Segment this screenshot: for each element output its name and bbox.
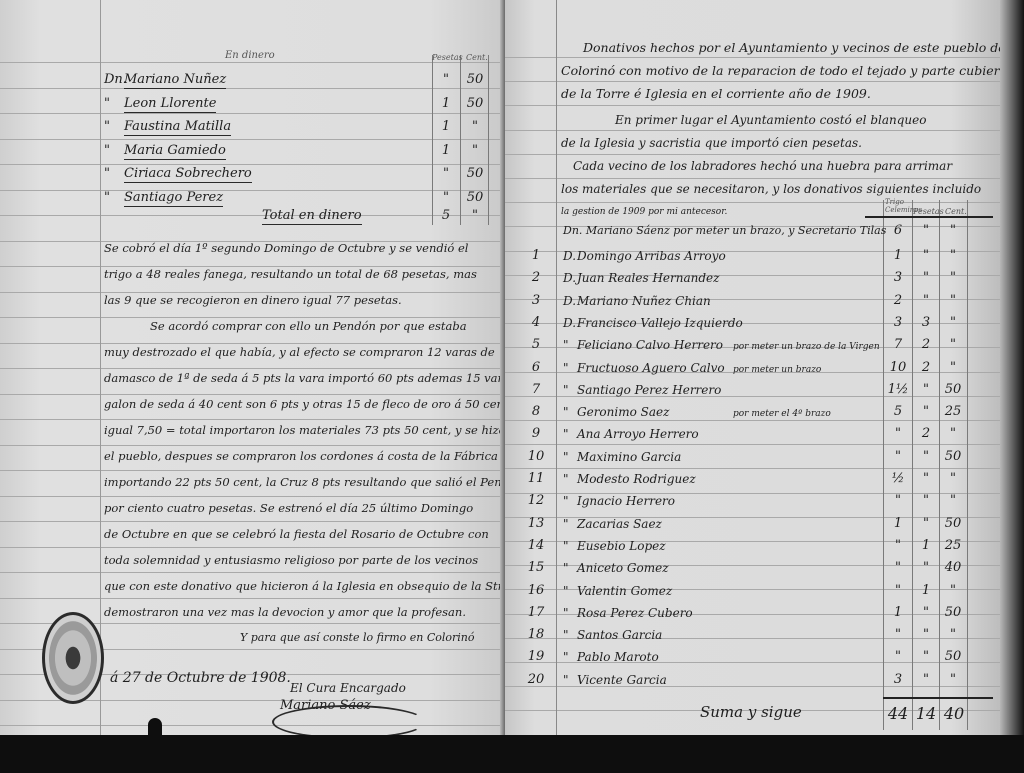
cent-column-line [460,55,461,225]
intro-line: los materiales que se necesitaron, y los… [561,181,981,197]
donor-pesetas: " [436,72,456,87]
donor-pesetas: " [436,190,456,205]
narrative-line: que con este donativo que hicieron á la … [104,578,505,594]
donor-cent: 50 [464,96,486,111]
ruled-line [0,572,505,573]
donor-prefix: " [104,143,110,159]
entry-number: 5 [523,337,549,352]
narrative-line: el pueblo, despues se compraron los cord… [104,448,498,464]
cent-header: Cent. [466,50,488,66]
entry-pesetas: " [915,449,937,464]
entry-pesetas: " [915,516,937,531]
entry-cent: " [942,672,964,687]
narrative-line: por ciento cuatro pesetas. Se estrenó el… [104,500,473,516]
left-margin-line [100,0,101,745]
entry-name: Aniceto Gomez [577,560,669,576]
entry-trigo: 1½ [887,382,909,397]
entry-prefix: D. [563,270,576,286]
intro-line: de la Iglesia y sacristia que importó ci… [561,135,862,151]
entry-number: 8 [523,404,549,419]
donor-pesetas: 1 [436,119,456,134]
ruled-line [0,88,505,89]
donor-name: Ciriaca Sobrechero [124,166,252,183]
number-margin-line [556,0,557,735]
entry-number: 10 [523,449,549,464]
entry-trigo: " [887,493,909,508]
ruled-line [505,468,1000,469]
entry-name: Ana Arroyo Herrero [577,426,699,442]
entry-cent: 50 [942,516,964,531]
carry-trigo: 44 [885,704,911,723]
entry-number: 14 [523,538,549,553]
ruled-line [0,598,505,599]
donor-cent: " [464,119,486,134]
entry-pesetas: 1 [915,538,937,553]
right-column-line [967,200,968,730]
entry-prefix: " [563,426,569,442]
entry-name: Feliciano Calvo Herrero [577,337,723,353]
entry-trigo: " [887,538,909,553]
entry-name: Geronimo Saez [577,404,669,420]
entry-trigo: 3 [887,672,909,687]
ruled-line [505,444,1000,445]
entry-number: 17 [523,605,549,620]
intro-line: la gestion de 1909 por mi antecesor. [561,204,727,220]
narrative-line: trigo a 48 reales fanega, resultando un … [104,266,477,282]
entry-prefix: " [563,360,569,376]
total-label: Total en dinero [262,208,362,225]
signature-flourish [272,705,426,739]
trigo-header: Trigo Celemines [885,198,911,214]
entry-cent: " [942,315,964,330]
donor-name: Santiago Perez [124,190,223,207]
entry-trigo: " [887,649,909,664]
entry-trigo: 5 [887,404,909,419]
entry-pesetas: 2 [915,360,937,375]
entry-pesetas: 2 [915,337,937,352]
entry-name: Modesto Rodriguez [577,471,696,487]
entry-cent: " [942,337,964,352]
entry-name: Santos Garcia [577,627,662,643]
date-line: á 27 de Octubre de 1908. [110,670,291,686]
entry-cent: 50 [942,382,964,397]
donor-prefix: " [104,119,110,135]
lead-entry-pesetas: " [915,223,937,238]
entry-trigo: " [887,627,909,642]
entry-pesetas: " [915,293,937,308]
donor-prefix: " [104,96,110,112]
narrative-line: demostraron una vez mas la devocion y am… [104,604,466,620]
entry-cent: " [942,493,964,508]
total-cent: " [464,208,486,223]
entry-pesetas: " [915,672,937,687]
ruled-line [0,368,505,369]
carry-cent: 40 [941,704,967,723]
ruled-line [0,190,505,191]
donor-prefix: " [104,190,110,206]
entry-number: 3 [523,293,549,308]
pesetas-column-line [432,55,433,225]
entry-trigo: 1 [887,516,909,531]
entry-prefix: " [563,605,569,621]
donor-name: Maria Gamiedo [124,143,226,160]
open-ledger-book: En dinero Pesetas Cent. Dn.Mariano Nuñez… [0,0,1024,773]
bottom-shadow [0,735,1024,773]
donor-cent: 50 [464,72,486,87]
entry-number: 15 [523,560,549,575]
entry-number: 2 [523,270,549,285]
entry-trigo: 7 [887,337,909,352]
entry-note: por meter un brazo [733,362,821,378]
entry-name: Ignacio Herrero [577,493,675,509]
lead-entry-cent: " [942,223,964,238]
entry-trigo: 2 [887,293,909,308]
entry-note: por meter el 4º brazo [733,406,831,422]
entry-trigo: 3 [887,270,909,285]
narrative-line: Se acordó comprar con ello un Pendón por… [150,318,467,334]
narrative-line: galon de seda á 40 cent son 6 pts y otra… [104,396,505,412]
entry-name: Zacarias Saez [577,516,662,532]
entry-prefix: D. [563,293,576,309]
entry-prefix: " [563,538,569,554]
entry-name: Mariano Nuñez Chian [577,293,711,309]
entry-pesetas: " [915,649,937,664]
entry-trigo: " [887,583,909,598]
donor-cent: " [464,143,486,158]
ruled-line [0,445,505,446]
entry-number: 4 [523,315,549,330]
entry-number: 18 [523,627,549,642]
entry-trigo: " [887,426,909,441]
entry-pesetas: 3 [915,315,937,330]
entry-pesetas: " [915,248,937,263]
ruled-line [505,178,1000,179]
entry-pesetas: " [915,627,937,642]
donor-pesetas: 1 [436,143,456,158]
entry-name: Eusebio Lopez [577,538,666,554]
entry-trigo: ½ [887,471,909,486]
entry-trigo: 3 [887,315,909,330]
ruled-line [505,81,1000,82]
entry-pesetas: " [915,560,937,575]
ruled-line [0,215,505,216]
entry-pesetas: " [915,493,937,508]
narrative-line: Y para que así conste lo firmo en Colori… [240,630,475,646]
entry-prefix: D. [563,315,576,331]
entry-pesetas: " [915,270,937,285]
ruled-line [505,202,1000,203]
entry-name: Vicente Garcia [577,672,667,688]
entry-number: 6 [523,360,549,375]
entry-prefix: " [563,493,569,509]
narrative-line: Se cobró el día 1º segundo Domingo de Oc… [104,240,468,256]
entry-prefix: " [563,404,569,420]
entry-prefix: " [563,471,569,487]
ruled-line [0,470,505,471]
entry-name: Pablo Maroto [577,649,659,665]
pesetas-column-line [912,200,913,730]
entry-cent: 50 [942,649,964,664]
entry-trigo: " [887,560,909,575]
entry-cent: 50 [942,449,964,464]
entry-name: Juan Reales Hernandez [577,270,719,286]
signature-title: El Cura Encargado [290,680,406,696]
entry-number: 16 [523,583,549,598]
entry-cent: " [942,293,964,308]
entry-prefix: " [563,449,569,465]
entry-pesetas: " [915,404,937,419]
ruled-line [0,496,505,497]
entry-number: 9 [523,426,549,441]
carry-label: Suma y sigue [700,704,802,720]
entry-number: 13 [523,516,549,531]
ruled-line [0,521,505,522]
pesetas-header: Pesetas [913,204,944,220]
entry-cent: " [942,248,964,263]
entry-name: Francisco Vallejo Izquierdo [577,315,743,331]
narrative-line: damasco de 1ª de seda á 5 pts la vara im… [104,370,505,386]
entry-number: 7 [523,382,549,397]
entry-cent: " [942,360,964,375]
entry-cent: " [942,627,964,642]
intro-line: Cada vecino de los labradores hechó una … [573,158,952,174]
parish-seal-stamp [42,612,104,704]
narrative-line: importando 22 pts 50 cent, la Cruz 8 pts… [104,474,505,490]
entry-name: Rosa Perez Cubero [577,605,693,621]
pesetas-header: Pesetas [432,50,463,66]
donor-cent: 50 [464,190,486,205]
narrative-line: muy destrozado el que había, y al efecto… [104,344,495,360]
entry-cent: 25 [942,404,964,419]
entry-pesetas: 2 [915,426,937,441]
total-pesetas: 5 [436,208,456,223]
entry-prefix: " [563,516,569,532]
entry-cent: 40 [942,560,964,575]
cent-header: Cent. [945,204,967,220]
heading-line: de la Torre é Iglesia en el corriente añ… [561,86,871,102]
entry-prefix: " [563,627,569,643]
donor-name: Mariano Nuñez [124,72,226,89]
entry-trigo: 1 [887,248,909,263]
entry-prefix: " [563,583,569,599]
entry-cent: 50 [942,605,964,620]
ruled-line [0,725,505,726]
donor-pesetas: " [436,166,456,181]
entry-cent: " [942,471,964,486]
page-edge-shadow [1000,0,1024,773]
ruled-line [505,57,1000,58]
entry-name: Domingo Arribas Arroyo [577,248,726,264]
trigo-column-line [883,200,884,730]
carry-pesetas: 14 [913,704,939,723]
donor-prefix: " [104,166,110,182]
left-page: En dinero Pesetas Cent. Dn.Mariano Nuñez… [0,0,505,745]
entry-prefix: " [563,649,569,665]
entry-name: Valentin Gomez [577,583,672,599]
entry-pesetas: " [915,382,937,397]
entry-number: 12 [523,493,549,508]
ruled-line [505,105,1000,106]
narrative-line: toda solemnidad y entusiasmo religioso p… [104,552,478,568]
entry-number: 20 [523,672,549,687]
entry-trigo: 1 [887,605,909,620]
intro-line: En primer lugar el Ayuntamiento costó el… [615,112,926,128]
entry-trigo: " [887,449,909,464]
entry-cent: 25 [942,538,964,553]
ruled-line [505,130,1000,131]
right-column-line [488,55,489,225]
entry-prefix: D. [563,248,576,264]
entry-number: 11 [523,471,549,486]
entry-cent: " [942,270,964,285]
entry-number: 1 [523,248,549,263]
donor-pesetas: 1 [436,96,456,111]
narrative-line: de Octubre en que se celebró la fiesta d… [104,526,489,542]
entry-cent: " [942,583,964,598]
entry-trigo: 10 [887,360,909,375]
right-page: Donativos hechos por el Ayuntamiento y v… [505,0,1000,735]
ruled-line [0,394,505,395]
ruled-line [0,547,505,548]
ruled-line [0,139,505,140]
section-header: En dinero [225,48,275,64]
entry-pesetas: " [915,471,937,486]
entry-note: por meter un brazo de la Virgen [733,339,880,355]
donor-name: Faustina Matilla [124,119,231,136]
entry-prefix: " [563,382,569,398]
entry-name: Santiago Perez Herrero [577,382,721,398]
lead-entry-trigo: 6 [887,223,909,238]
ruled-line [505,154,1000,155]
header-underline [865,216,993,218]
ruled-line [0,164,505,165]
heading-line: Donativos hechos por el Ayuntamiento y v… [583,40,1000,56]
entry-cent: " [942,426,964,441]
lead-entry: Dn. Mariano Sáenz por meter un brazo, y … [563,223,886,239]
entry-name: Fructuoso Aguero Calvo [577,360,725,376]
entry-prefix: " [563,337,569,353]
entry-pesetas: " [915,605,937,620]
entry-name: Maximino Garcia [577,449,681,465]
entry-prefix: " [563,560,569,576]
entry-prefix: " [563,672,569,688]
donor-name: Leon Llorente [124,96,216,113]
narrative-line: igual 7,50 = total importaron los materi… [104,422,505,438]
entry-pesetas: 1 [915,583,937,598]
narrative-line: las 9 que se recogieron en dinero igual … [104,292,402,308]
heading-line: Colorinó con motivo de la reparacion de … [561,63,1000,79]
ruled-line [0,113,505,114]
entry-number: 19 [523,649,549,664]
ruled-line [0,419,505,420]
donor-cent: 50 [464,166,486,181]
sum-line [883,697,993,699]
cent-column-line [939,200,940,730]
